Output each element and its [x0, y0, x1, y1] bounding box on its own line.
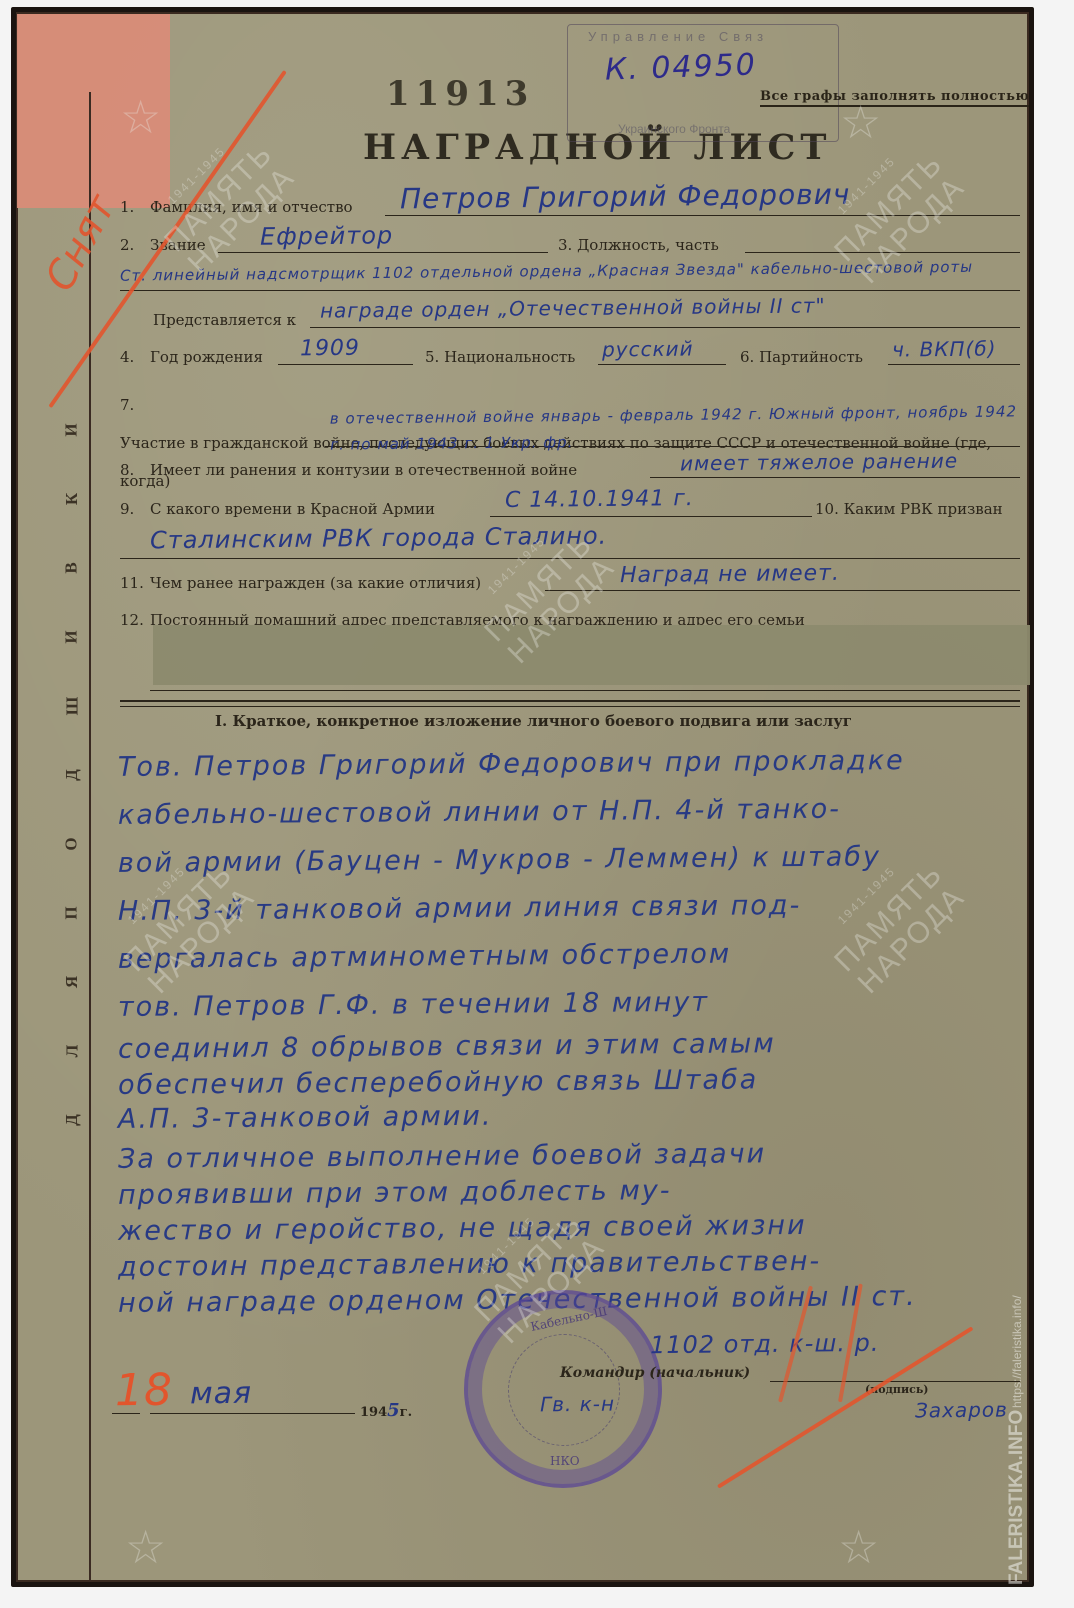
field-birth-year: 4.Год рождения: [120, 348, 263, 366]
binding-letter: Д: [62, 1114, 82, 1126]
field-underline: [650, 477, 1020, 478]
field-party: 6. Партийность: [740, 348, 863, 366]
field-label: Год рождения: [150, 348, 263, 366]
field-underline: [310, 327, 1020, 328]
signature-line: [770, 1381, 1020, 1382]
binding-margin-line: [89, 92, 91, 1582]
binding-letter: В: [62, 562, 82, 573]
field-value-rank: Ефрейтор: [260, 221, 393, 250]
field-label: Постоянный домашний адрес представляемог…: [150, 611, 805, 625]
field-position: 3. Должность, часть: [558, 236, 719, 254]
field-label: Национальность: [444, 348, 575, 366]
field-value-full-name: Петров Григорий Федорович: [400, 178, 851, 216]
seal-bottom-text: НКО: [550, 1454, 580, 1468]
field-value-party: ч. ВКП(б): [892, 336, 997, 361]
field-presented-to: Представляется к: [153, 311, 296, 329]
field-underline: [150, 690, 1020, 691]
field-value-wounds: имеет тяжелое ранение: [680, 449, 958, 476]
section-divider: [120, 700, 1020, 707]
field-value-draft-office: Сталинским РВК города Сталино.: [150, 522, 608, 555]
binding-letter: П: [62, 906, 82, 919]
field-underline: [598, 364, 726, 365]
field-underline: [490, 516, 812, 517]
field-label: Фамилия, имя и отчество: [150, 198, 353, 216]
faleristika-watermark: FALERISTIKA.INFO https://faleristika.inf…: [1000, 1375, 1034, 1585]
serial-number: 11913: [386, 74, 534, 114]
field-underline: [545, 590, 1020, 591]
binding-letter: Я: [62, 976, 82, 988]
field-prior-awards: 11.Чем ранее награжден (за какие отличия…: [120, 574, 481, 592]
field-label: Каким РВК призван: [844, 500, 1003, 518]
field-underline: [745, 252, 1020, 253]
commander-rank: Гв. к-н: [540, 1392, 615, 1417]
binding-margin-text: Д Л Я П О Д Ш И В К И: [62, 420, 82, 1130]
field-label: С какого времени в Красной Армии: [150, 500, 435, 518]
narrative-line: Н.П. 3-й танковой армии линия связи под-: [118, 888, 1018, 944]
narrative-line: вергалась артминометным обстрелом: [118, 936, 1018, 992]
narrative-line: Тов. Петров Григорий Федорович при прокл…: [118, 744, 1018, 800]
field-label: Партийность: [759, 348, 863, 366]
commander-label: Командир (начальник): [560, 1365, 750, 1381]
binding-letter: Д: [62, 769, 82, 781]
field-underline: [888, 364, 1020, 365]
field-value-prior-awards: Наград не имеет.: [620, 561, 840, 588]
field-underline: [385, 215, 1020, 216]
narrative-line: вой армии (Бауцен - Мукров - Леммен) к ш…: [118, 840, 1018, 896]
field-label: Имеет ли ранения и контузии в отечествен…: [150, 461, 577, 479]
date-month: мая: [190, 1376, 252, 1412]
field-label: Чем ранее награжден (за какие отличия): [150, 574, 481, 592]
binding-letter: И: [62, 423, 82, 436]
field-wounds: 8.Имеет ли ранения и контузии в отечеств…: [120, 461, 577, 479]
registry-number: К. 04950: [604, 47, 757, 87]
field-underline: [120, 290, 1020, 291]
binding-letter: К: [62, 493, 82, 505]
field-label: Должность, часть: [577, 236, 719, 254]
field-underline: [218, 252, 548, 253]
section-heading: I. Краткое, конкретное изложение личного…: [215, 712, 852, 730]
binding-letter: О: [62, 837, 82, 850]
narrative-line: кабельно-шестовой линии от Н.П. 4-й танк…: [118, 792, 1018, 848]
field-value-nationality: русский: [602, 337, 694, 362]
binding-letter: Л: [62, 1045, 82, 1058]
unit-seal: Кабельно-Ш НКО: [464, 1290, 662, 1488]
field-home-address: 12.Постоянный домашний адрес представляе…: [120, 611, 805, 625]
binding-letter: И: [62, 630, 82, 643]
commander-name: Захаров: [915, 1398, 1008, 1423]
pink-corner-patch: [17, 14, 170, 208]
narrative-text: Тов. Петров Григорий Федорович при прокл…: [118, 748, 1018, 1320]
unit-handwritten: 1102 отд. к-ш. р.: [650, 1329, 880, 1359]
fill-instruction: Все графы заполнять полностью: [760, 89, 1029, 107]
field-value-army-since: С 14.10.1941 г.: [505, 486, 694, 513]
seal-top-text: Кабельно-Ш: [529, 1304, 608, 1334]
field-label: Представляется к: [153, 311, 296, 329]
field-underline: [278, 364, 413, 365]
field-underline: [120, 558, 1020, 559]
registry-stamp-bottom: Украинского Фронта: [618, 122, 730, 136]
field-value-birth-year: 1909: [300, 336, 360, 362]
binding-letter: Ш: [62, 697, 82, 716]
field-army-since: 9.С какого времени в Красной Армии: [120, 500, 435, 518]
registry-stamp-top: Управление Связ: [588, 29, 768, 44]
redacted-address-block: [153, 625, 1030, 685]
field-full-name: 1.Фамилия, имя и отчество: [120, 198, 353, 216]
field-nationality: 5. Национальность: [425, 348, 575, 366]
date-month-line: [150, 1413, 355, 1414]
field-num: 3.: [558, 236, 572, 254]
date-year: 1945г.: [360, 1400, 412, 1421]
date-day: 18: [115, 1365, 174, 1417]
field-draft-office: 10. Каким РВК призван: [815, 500, 1003, 518]
seal-emblem: [508, 1334, 620, 1446]
